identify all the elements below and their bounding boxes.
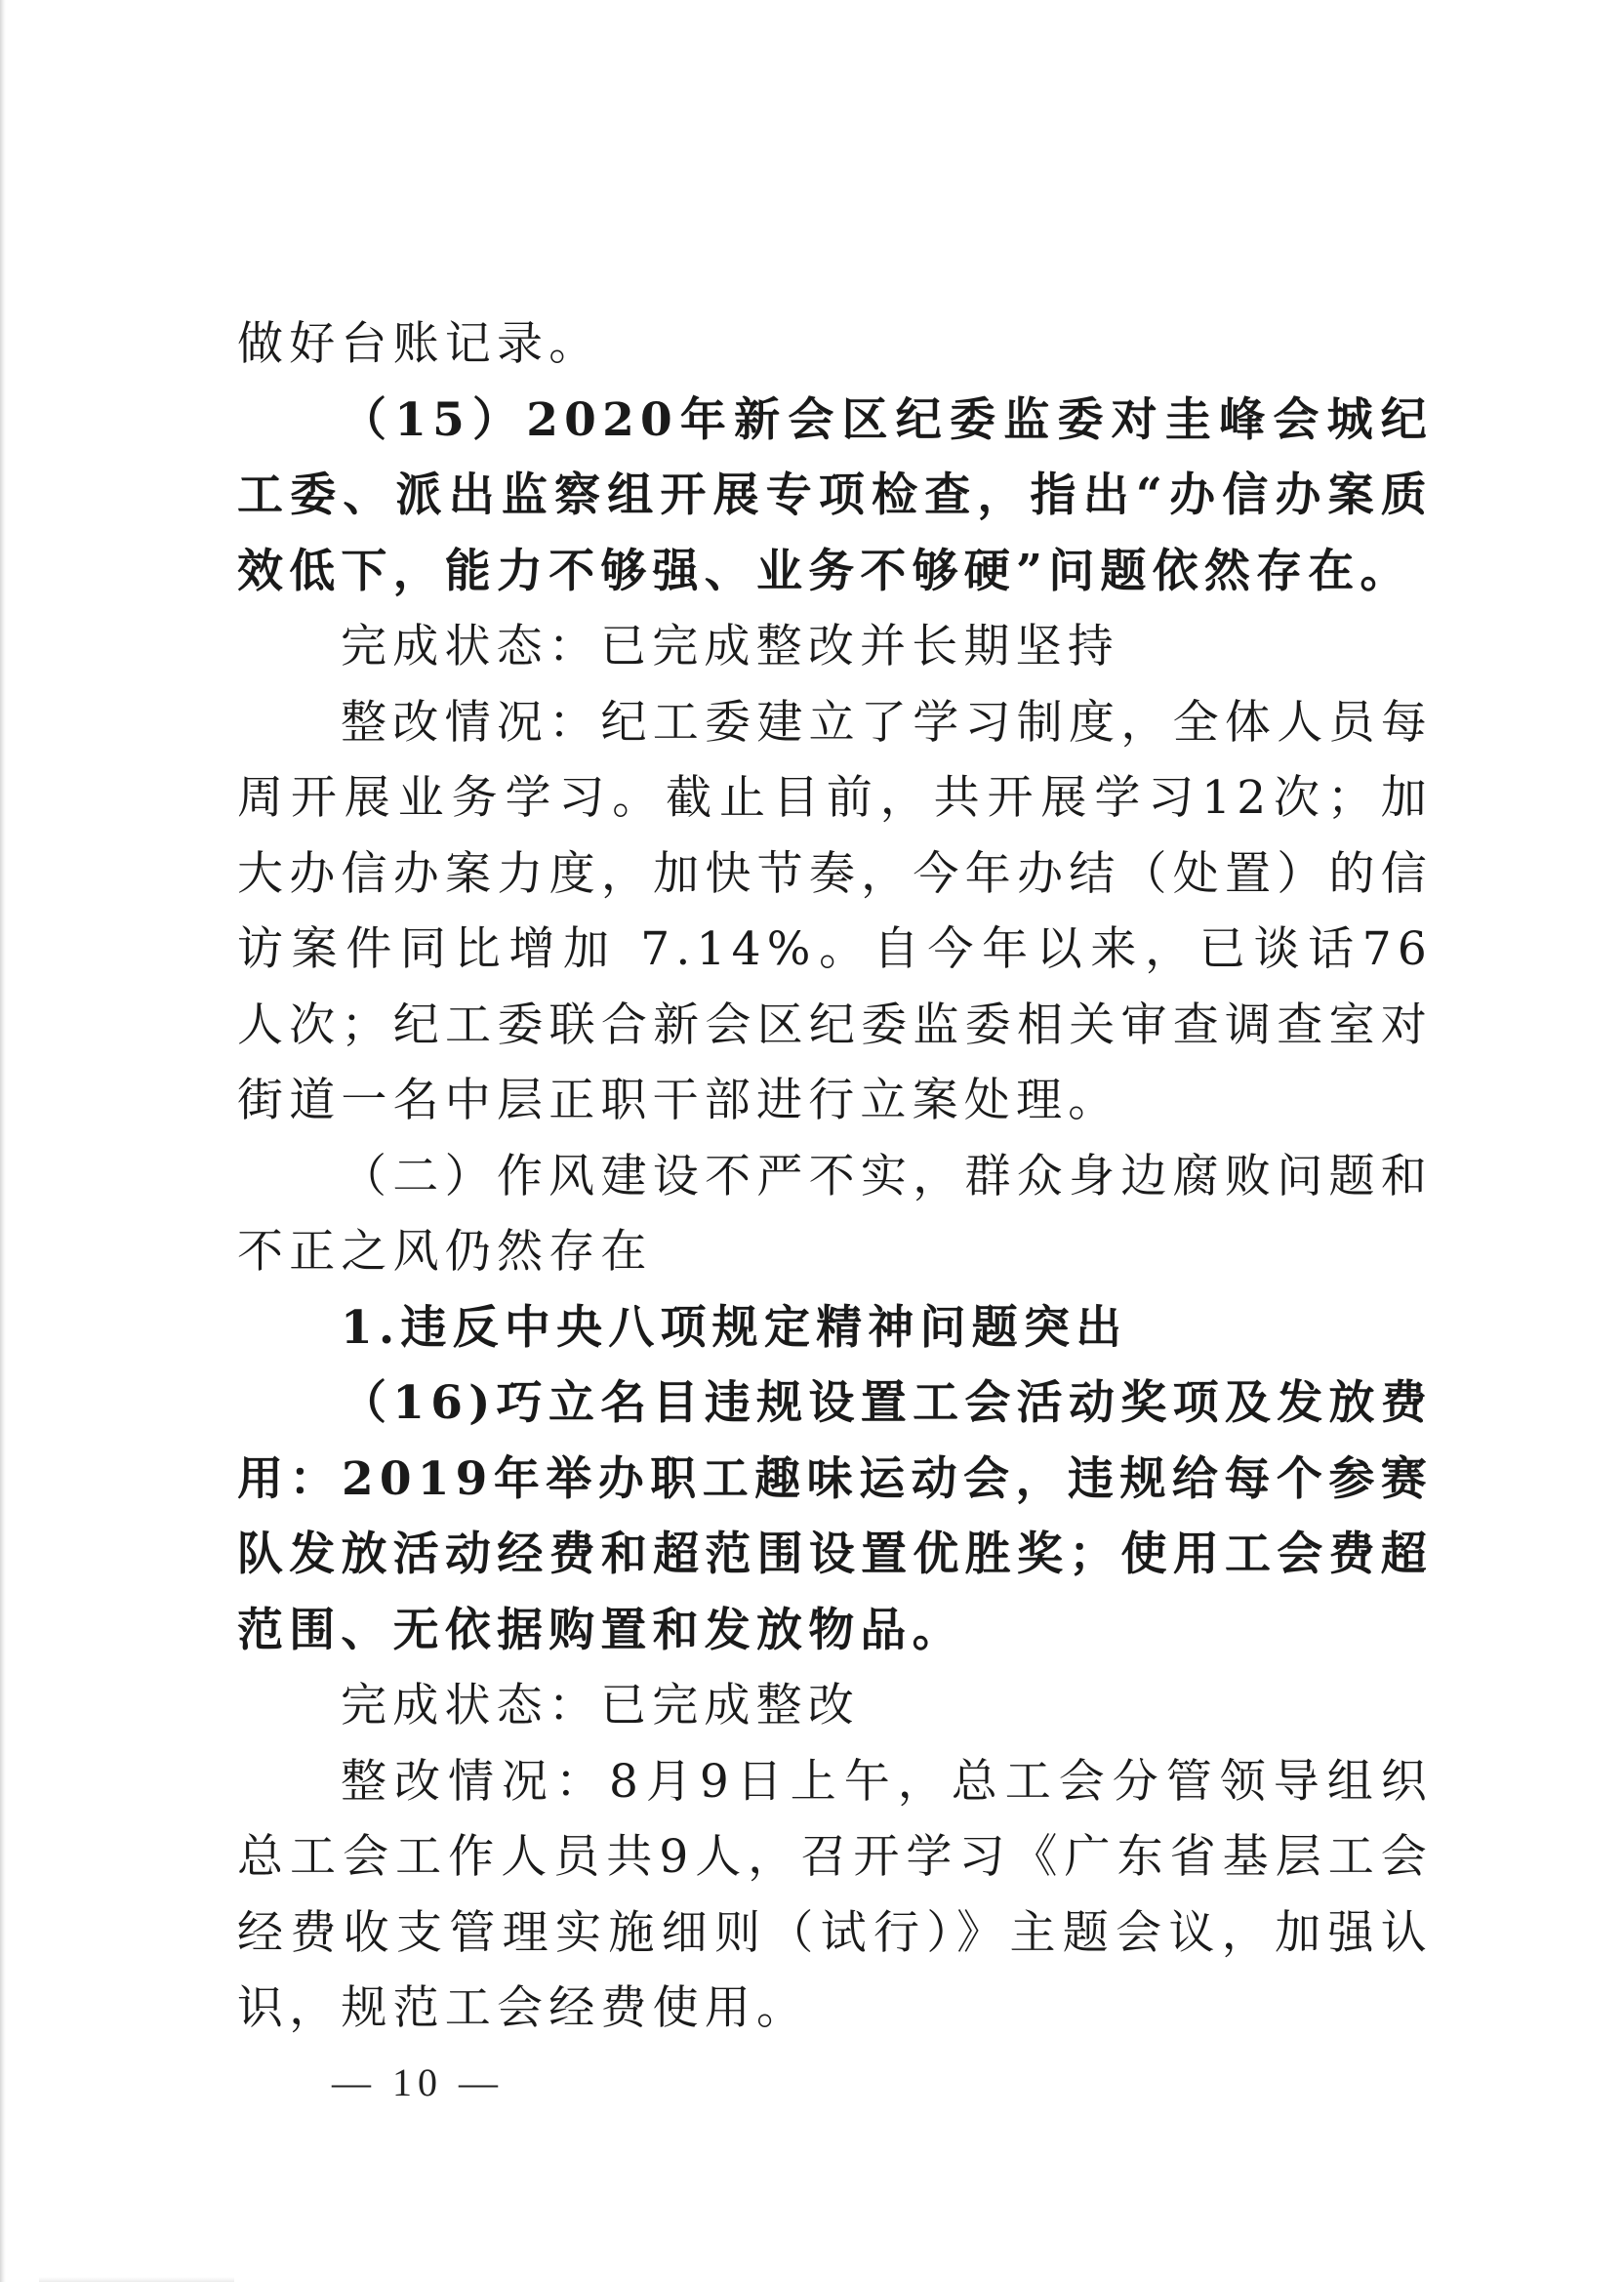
- scan-edge-left: [0, 0, 6, 2282]
- item-16-rectification: 整改情况：8月9日上午，总工会分管领导组织总工会工作人员共9人，召开学习《广东省…: [237, 1744, 1433, 2047]
- item-15-rectification: 整改情况：纪工委建立了学习制度，全体人员每周开展业务学习。截止目前，共开展学习1…: [237, 685, 1433, 1139]
- paragraph-continuation: 做好台账记录。: [237, 306, 1433, 383]
- item-16-title: （16)巧立名目违规设置工会活动奖项及发放费用：2019年举办职工趣味运动会，违…: [237, 1365, 1433, 1668]
- subsection-1-heading: 1.违反中央八项规定精神问题突出: [237, 1290, 1433, 1366]
- item-15-title: （15）2020年新会区纪委监委对圭峰会城纪工委、派出监察组开展专项检查，指出“…: [237, 383, 1433, 610]
- page-number: — 10 —: [332, 2059, 504, 2105]
- item-15-status: 完成状态：已完成整改并长期坚持: [237, 609, 1433, 685]
- section-2-heading: （二）作风建设不严不实，群众身边腐败问题和不正之风仍然存在: [237, 1139, 1433, 1290]
- scan-edge-bottom: [39, 2277, 234, 2282]
- document-body: 做好台账记录。 （15）2020年新会区纪委监委对圭峰会城纪工委、派出监察组开展…: [237, 306, 1433, 2047]
- item-16-status: 完成状态：已完成整改: [237, 1668, 1433, 1744]
